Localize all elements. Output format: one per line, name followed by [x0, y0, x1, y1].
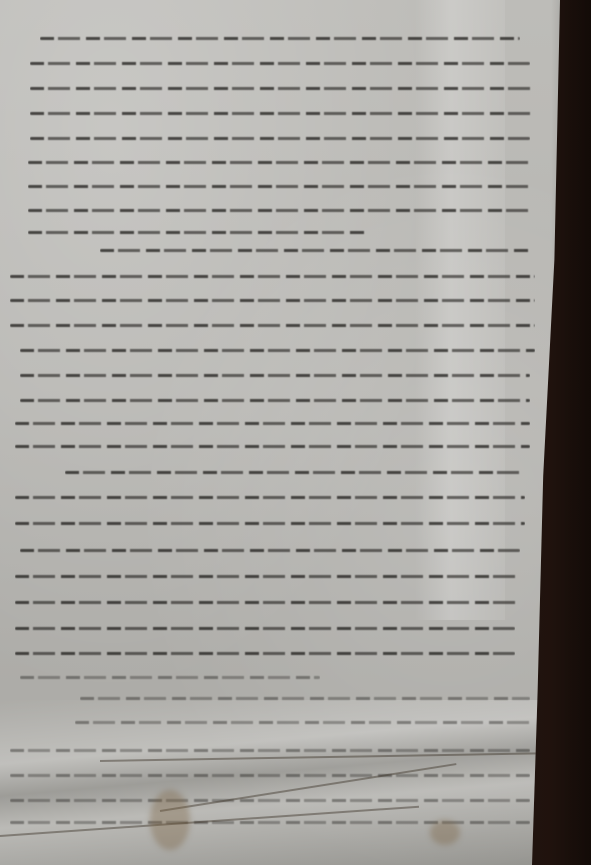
handwritten-line — [28, 200, 533, 220]
handwritten-line — [30, 78, 535, 98]
handwritten-line — [75, 712, 535, 732]
handwritten-line — [40, 28, 520, 48]
handwritten-line — [10, 290, 535, 310]
handwritten-line — [30, 128, 530, 148]
handwritten-line — [15, 618, 515, 638]
handwritten-line: 24 — [15, 487, 525, 507]
handwritten-line — [20, 390, 530, 410]
handwritten-line: 23 — [15, 436, 530, 456]
handwritten-line: 21 — [100, 240, 530, 260]
handwritten-line — [10, 266, 535, 286]
handwritten-line — [15, 592, 520, 612]
handwritten-line — [15, 413, 530, 433]
manuscript-page: 21 23 24 — [0, 0, 560, 865]
paper-stain — [150, 790, 190, 850]
handwritten-line — [28, 176, 533, 196]
handwritten-line — [15, 513, 525, 533]
handwritten-line — [30, 53, 530, 73]
handwritten-line — [80, 688, 530, 708]
handwritten-line — [10, 315, 535, 335]
handwritten-line — [30, 103, 535, 123]
handwritten-line — [28, 222, 368, 242]
handwritten-line — [15, 566, 520, 586]
handwritten-line — [10, 765, 530, 785]
paper-stain — [430, 820, 460, 845]
handwritten-line — [20, 365, 530, 385]
handwritten-line — [20, 340, 535, 360]
handwritten-line — [28, 152, 533, 172]
right-edge-shadow — [551, 0, 591, 865]
handwritten-line — [20, 667, 320, 687]
handwritten-line — [20, 540, 520, 560]
handwritten-line — [15, 643, 515, 663]
handwritten-line — [65, 462, 525, 482]
